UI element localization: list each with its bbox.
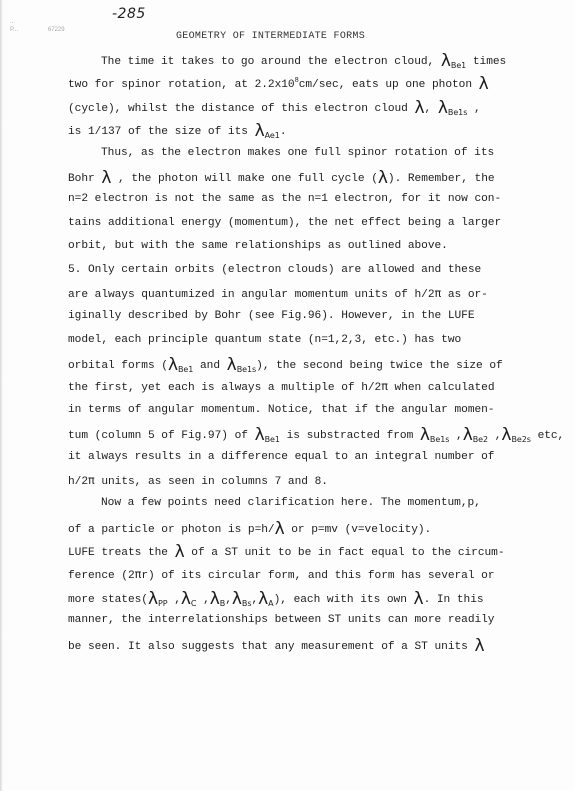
pi-symbol: π [381,380,388,393]
text-run: the first, yet each is always a multiple… [68,382,381,394]
text-line: h/2π units, as seen in columns 7 and 8. [68,469,518,492]
stamp-line-2-left: P... [10,27,18,33]
text-line: it always results in a difference equal … [68,446,518,469]
text-line: orbit, but with the same relationships a… [68,235,518,258]
text-run: (cycle), whilst the distance of this ele… [68,103,415,115]
lambda-symbol: λ [181,589,191,609]
lambda-symbol: λ [275,519,285,539]
lambda-subscript: Be1s [237,365,256,374]
text-run: are always quantumized in angular moment… [68,289,435,301]
text-run: , the photon will make one full cycle ( [111,173,378,185]
lambda-symbol: λ [420,425,430,445]
text-run: Bohr [68,173,101,185]
lambda-symbol: λ [168,355,178,375]
document-page: -285 ... P... 67229 GEOMETRY OF INTERMED… [0,0,575,791]
lambda-symbol: λ [438,98,448,118]
text-line: more states(λPP ,λC ,λB,λBs,λA), each wi… [68,586,518,609]
text-run: , [168,594,181,606]
text-line: The time it takes to go around the elect… [68,48,518,71]
text-run: tum (column 5 of Fig.97) of [68,430,255,442]
lambda-subscript: Be2 [473,435,488,444]
exponent: 8 [295,77,299,85]
lambda-symbol: λ [210,589,220,609]
text-line: tains additional energy (momentum), the … [68,212,518,235]
handwritten-page-number: -285 [112,6,146,22]
text-line: (cycle), whilst the distance of this ele… [68,95,518,118]
lambda-symbol: λ [232,589,242,609]
archive-stamp: ... P... 67229 [10,18,65,34]
text-run: ), the second being twice the size of [256,360,503,372]
text-run: is 1/137 of the size of its [68,126,255,138]
lambda-symbol: λ [101,168,111,188]
text-run: and [193,360,226,372]
lambda-subscript: Be1 [451,61,466,70]
lambda-symbol: λ [501,425,511,445]
text-line: Thus, as the electron makes one full spi… [68,142,518,165]
text-line: Now a few points need clarification here… [68,492,518,515]
text-run: . [280,126,287,138]
lambda-symbol: λ [255,425,265,445]
lambda-symbol: λ [463,425,473,445]
text-run: is substracted from [280,430,420,442]
text-line: is 1/137 of the size of its λAe1. [68,118,518,141]
text-run: units, as seen in columns 7 and 8. [95,476,328,488]
text-line: two for spinor rotation, at 2.2x108cm/se… [68,71,518,94]
lambda-symbol: λ [441,51,451,71]
text-run: r) of its circular form, and this form h… [141,570,494,582]
text-run: orbital forms ( [68,360,168,372]
pi-symbol: π [88,474,95,487]
lambda-subscript: Be1 [178,365,193,374]
lambda-subscript: Bs [242,599,252,608]
text-line: of a particle or photon is p=h/λ or p=mv… [68,516,518,539]
stamp-line-2-right: 67229 [48,26,65,34]
text-line: Bohr λ , the photon will make one full c… [68,165,518,188]
text-line: are always quantumized in angular moment… [68,282,518,305]
text-run: ference (2 [68,570,135,582]
text-run: more states( [68,594,148,606]
text-run: , [467,103,480,115]
text-run: The time it takes to go around the elect… [101,56,441,68]
lambda-symbol: λ [255,121,265,141]
text-run: , [449,430,462,442]
text-run: etc, [531,430,564,442]
lambda-subscript: C [191,599,197,608]
text-run: cm/sec, eats up one photon [299,79,479,91]
text-line: tum (column 5 of Fig.97) of λBe1 is subs… [68,422,518,445]
text-run: ), each with its own [274,594,414,606]
text-line: model, each principle quantum state (n=1… [68,329,518,352]
lambda-subscript: Be1s [448,108,467,117]
text-line: manner, the interrelationships between S… [68,609,518,632]
text-line: iginally described by Bohr (see Fig.96).… [68,305,518,328]
lambda-symbol: λ [227,355,237,375]
text-run: , [196,594,209,606]
text-line: ference (2πr) of its circular form, and … [68,563,518,586]
lambda-symbol: λ [148,589,158,609]
lambda-subscript: B [220,599,225,608]
text-run: when calculated [388,382,495,394]
text-run: be seen. It also suggests that any measu… [68,641,474,653]
lambda-symbol: λ [378,168,388,188]
lambda-subscript: Ae1 [265,131,280,140]
text-line: n=2 electron is not the same as the n=1 … [68,188,518,211]
lambda-symbol: λ [479,74,489,94]
text-line: the first, yet each is always a multiple… [68,375,518,398]
lambda-subscript: A [268,599,273,608]
text-line: be seen. It also suggests that any measu… [68,633,518,656]
text-run: , [488,430,501,442]
text-run: or p=mv (v=velocity). [285,524,432,536]
text-run: of a ST unit to be in fact equal to the … [185,547,505,559]
lambda-symbol: λ [474,636,484,656]
lambda-subscript: Be1s [430,435,449,444]
page-title: GEOMETRY OF INTERMEDIATE FORMS [176,31,365,42]
text-run: , [225,594,232,606]
lambda-symbol: λ [414,589,424,609]
lambda-symbol: λ [415,98,425,118]
document-body: The time it takes to go around the elect… [68,48,518,656]
text-run: , [425,103,438,115]
lambda-subscript: Be2s [511,435,530,444]
stamp-line-1: ... [10,19,15,25]
lambda-subscript: PP [158,599,168,608]
text-run: of a particle or photon is p=h/ [68,524,275,536]
text-line: in terms of angular momentum. Notice, th… [68,399,518,422]
text-run: times [466,56,506,68]
lambda-symbol: λ [258,589,268,609]
text-line: 5. Only certain orbits (electron clouds)… [68,259,518,282]
lambda-subscript: Be1 [265,435,280,444]
text-run: . In this [424,594,484,606]
text-run: LUFE treats the [68,547,175,559]
text-line: LUFE treats the λ of a ST unit to be in … [68,539,518,562]
text-run: two for spinor rotation, at 2.2x10 [68,79,295,91]
text-run: h/2 [68,476,88,488]
text-run: as or- [441,289,488,301]
scan-edge-shadow [0,0,3,791]
text-line: orbital forms (λBe1 and λBe1s), the seco… [68,352,518,375]
text-run: ). Remember, the [388,173,495,185]
lambda-symbol: λ [175,542,185,562]
